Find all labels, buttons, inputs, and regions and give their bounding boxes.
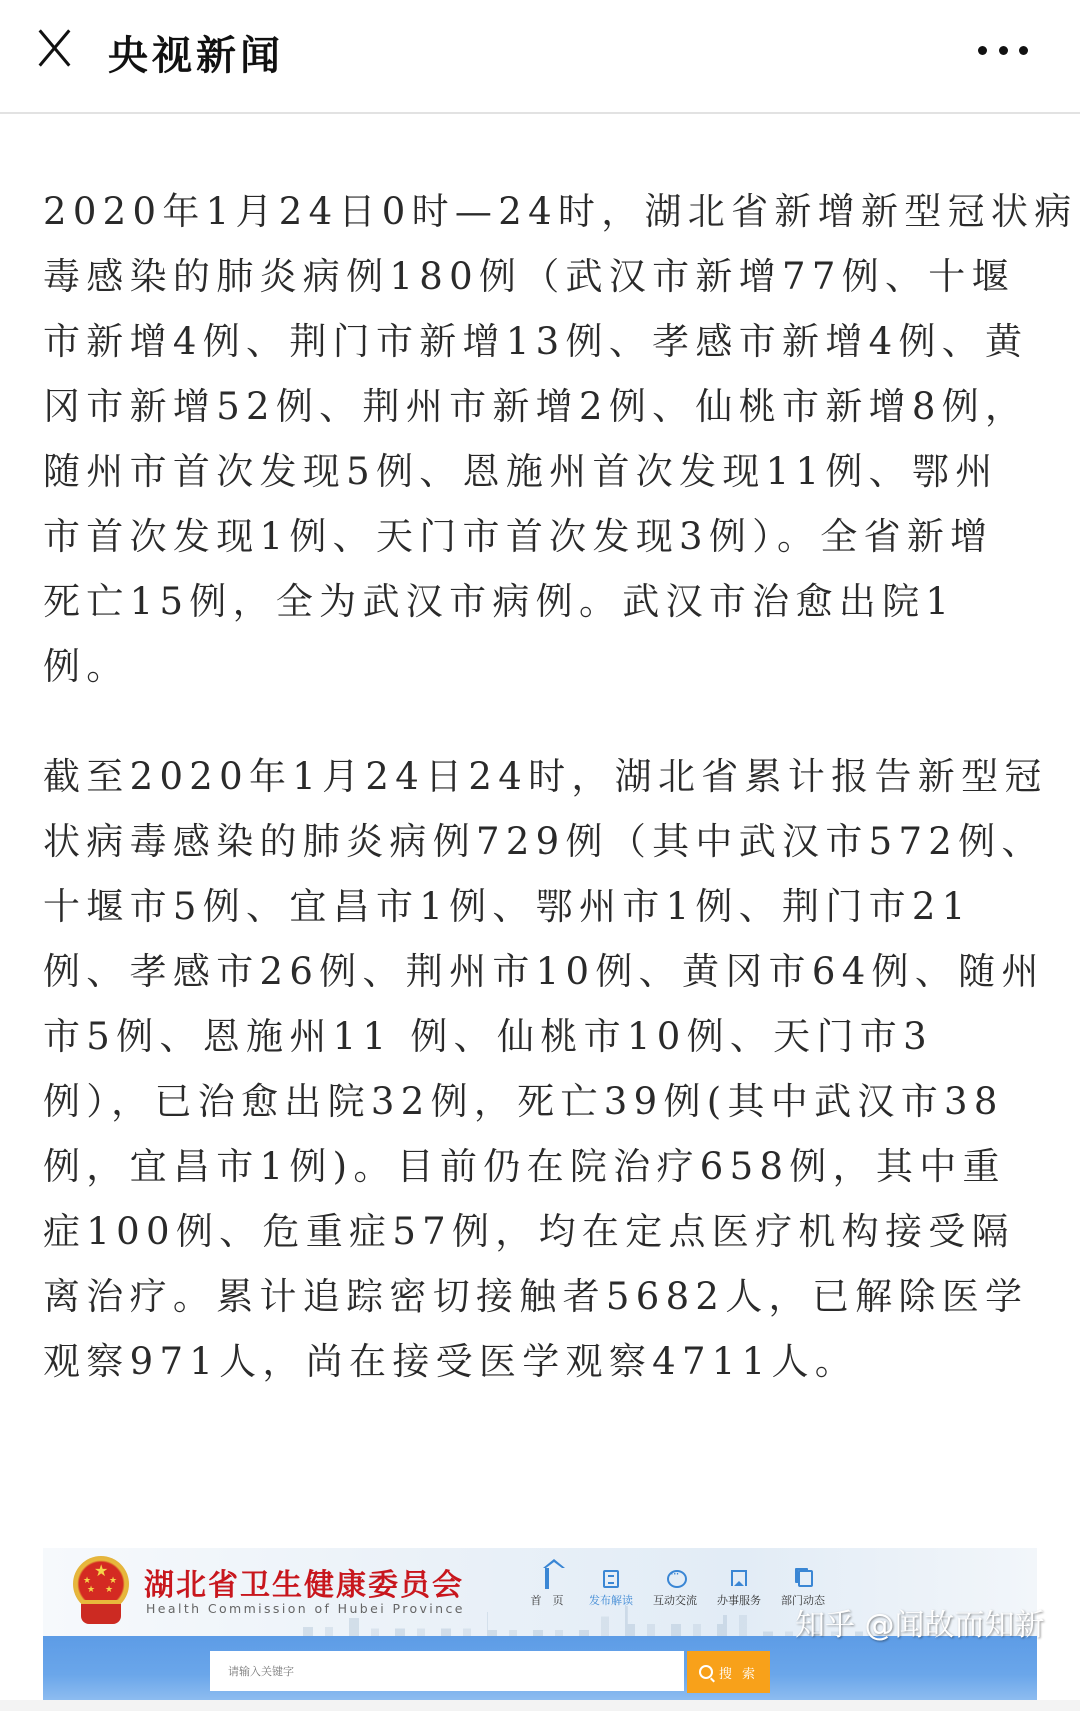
nav-item-release[interactable]: 发布解读 [579,1570,643,1608]
search-button[interactable]: 搜 索 [687,1651,770,1693]
org-name: 湖北省卫生健康委员会 [144,1560,464,1604]
more-dot-icon [999,46,1008,55]
app-header: 央视新闻 [0,0,1080,114]
nav-item-services[interactable]: 办事服务 [707,1570,771,1608]
close-icon[interactable] [34,28,74,68]
paragraph-line: 离治疗。累计追踪密切接触者5682人，已解除医学 [43,1275,1028,1319]
watermark: 知乎 @闻故而知新 [795,1600,1045,1644]
paragraph-line: 状病毒感染的肺炎病例729例（其中武汉市572例、 [43,820,1045,864]
nav-item-home[interactable]: 首 页 [515,1570,579,1608]
more-dot-icon [978,46,987,55]
home-icon [539,1570,555,1586]
paragraph-line: 冈市新增52例、荆州市新增2例、仙桃市新增8例， [43,385,1028,429]
paragraph-line: 市5例、恩施州11 例、仙桃市10例、天门市3 [43,1015,933,1059]
document-icon [603,1570,619,1586]
org-name-english: Health Commission of Hubei Province [146,1601,465,1616]
search-icon [699,1665,713,1679]
search-button-label: 搜 索 [719,1663,758,1682]
paragraph-line: 十堰市5例、宜昌市1例、鄂州市1例、荆门市21 [43,885,972,929]
paragraph-line: 市首次发现1例、天门市首次发现3例）。全省新增 [43,515,993,559]
paragraph-line: 例、孝感市26例、荆州市10例、黄冈市64例、随州 [43,950,1045,994]
more-dot-icon [1019,46,1028,55]
pages-icon [795,1570,811,1586]
paragraph-line: 截至2020年1月24日24时，湖北省累计报告新型冠 [43,755,1048,799]
bottom-strip [0,1700,1080,1711]
search-input[interactable] [210,1651,684,1691]
paragraph-line: 观察971人，尚在接受医学观察4711人。 [43,1340,858,1384]
paragraph-line: 例），已治愈出院32例，死亡39例(其中武汉市38 [43,1080,1004,1124]
nav-item-interaction[interactable]: 互动交流 [643,1570,707,1608]
paragraph-line: 例。 [43,645,130,689]
paragraph-line: 例，宜昌市1例)。目前仍在院治疗658例，其中重 [43,1145,1006,1189]
site-nav: 首 页 发布解读 互动交流 办事服务 部门动态 [515,1570,835,1608]
paragraph-line: 毒感染的肺炎病例180例（武汉市新增77例、十堰 [43,255,1015,299]
page-title: 央视新闻 [108,24,284,81]
paragraph-line: 随州市首次发现5例、恩施州首次发现11例、鄂州 [43,450,999,494]
bookmark-icon [731,1570,747,1586]
more-options-button[interactable] [978,42,1028,58]
paragraph-line: 市新增4例、荆门市新增13例、孝感市新增4例、黄 [43,320,1028,364]
national-emblem-icon: ★ ★ ★ ★ ★ [73,1556,129,1622]
paragraph-line: 死亡15例，全为武汉市病例。武汉市治愈出院1 [43,580,955,624]
paragraph-line: 症100例、危重症57例，均在定点医疗机构接受隔 [43,1210,1015,1254]
paragraph-line: 2020年1月24日0时—24时，湖北省新增新型冠状病 [43,190,1078,234]
search-band: 搜 索 [43,1636,1037,1700]
chat-icon [667,1570,683,1586]
